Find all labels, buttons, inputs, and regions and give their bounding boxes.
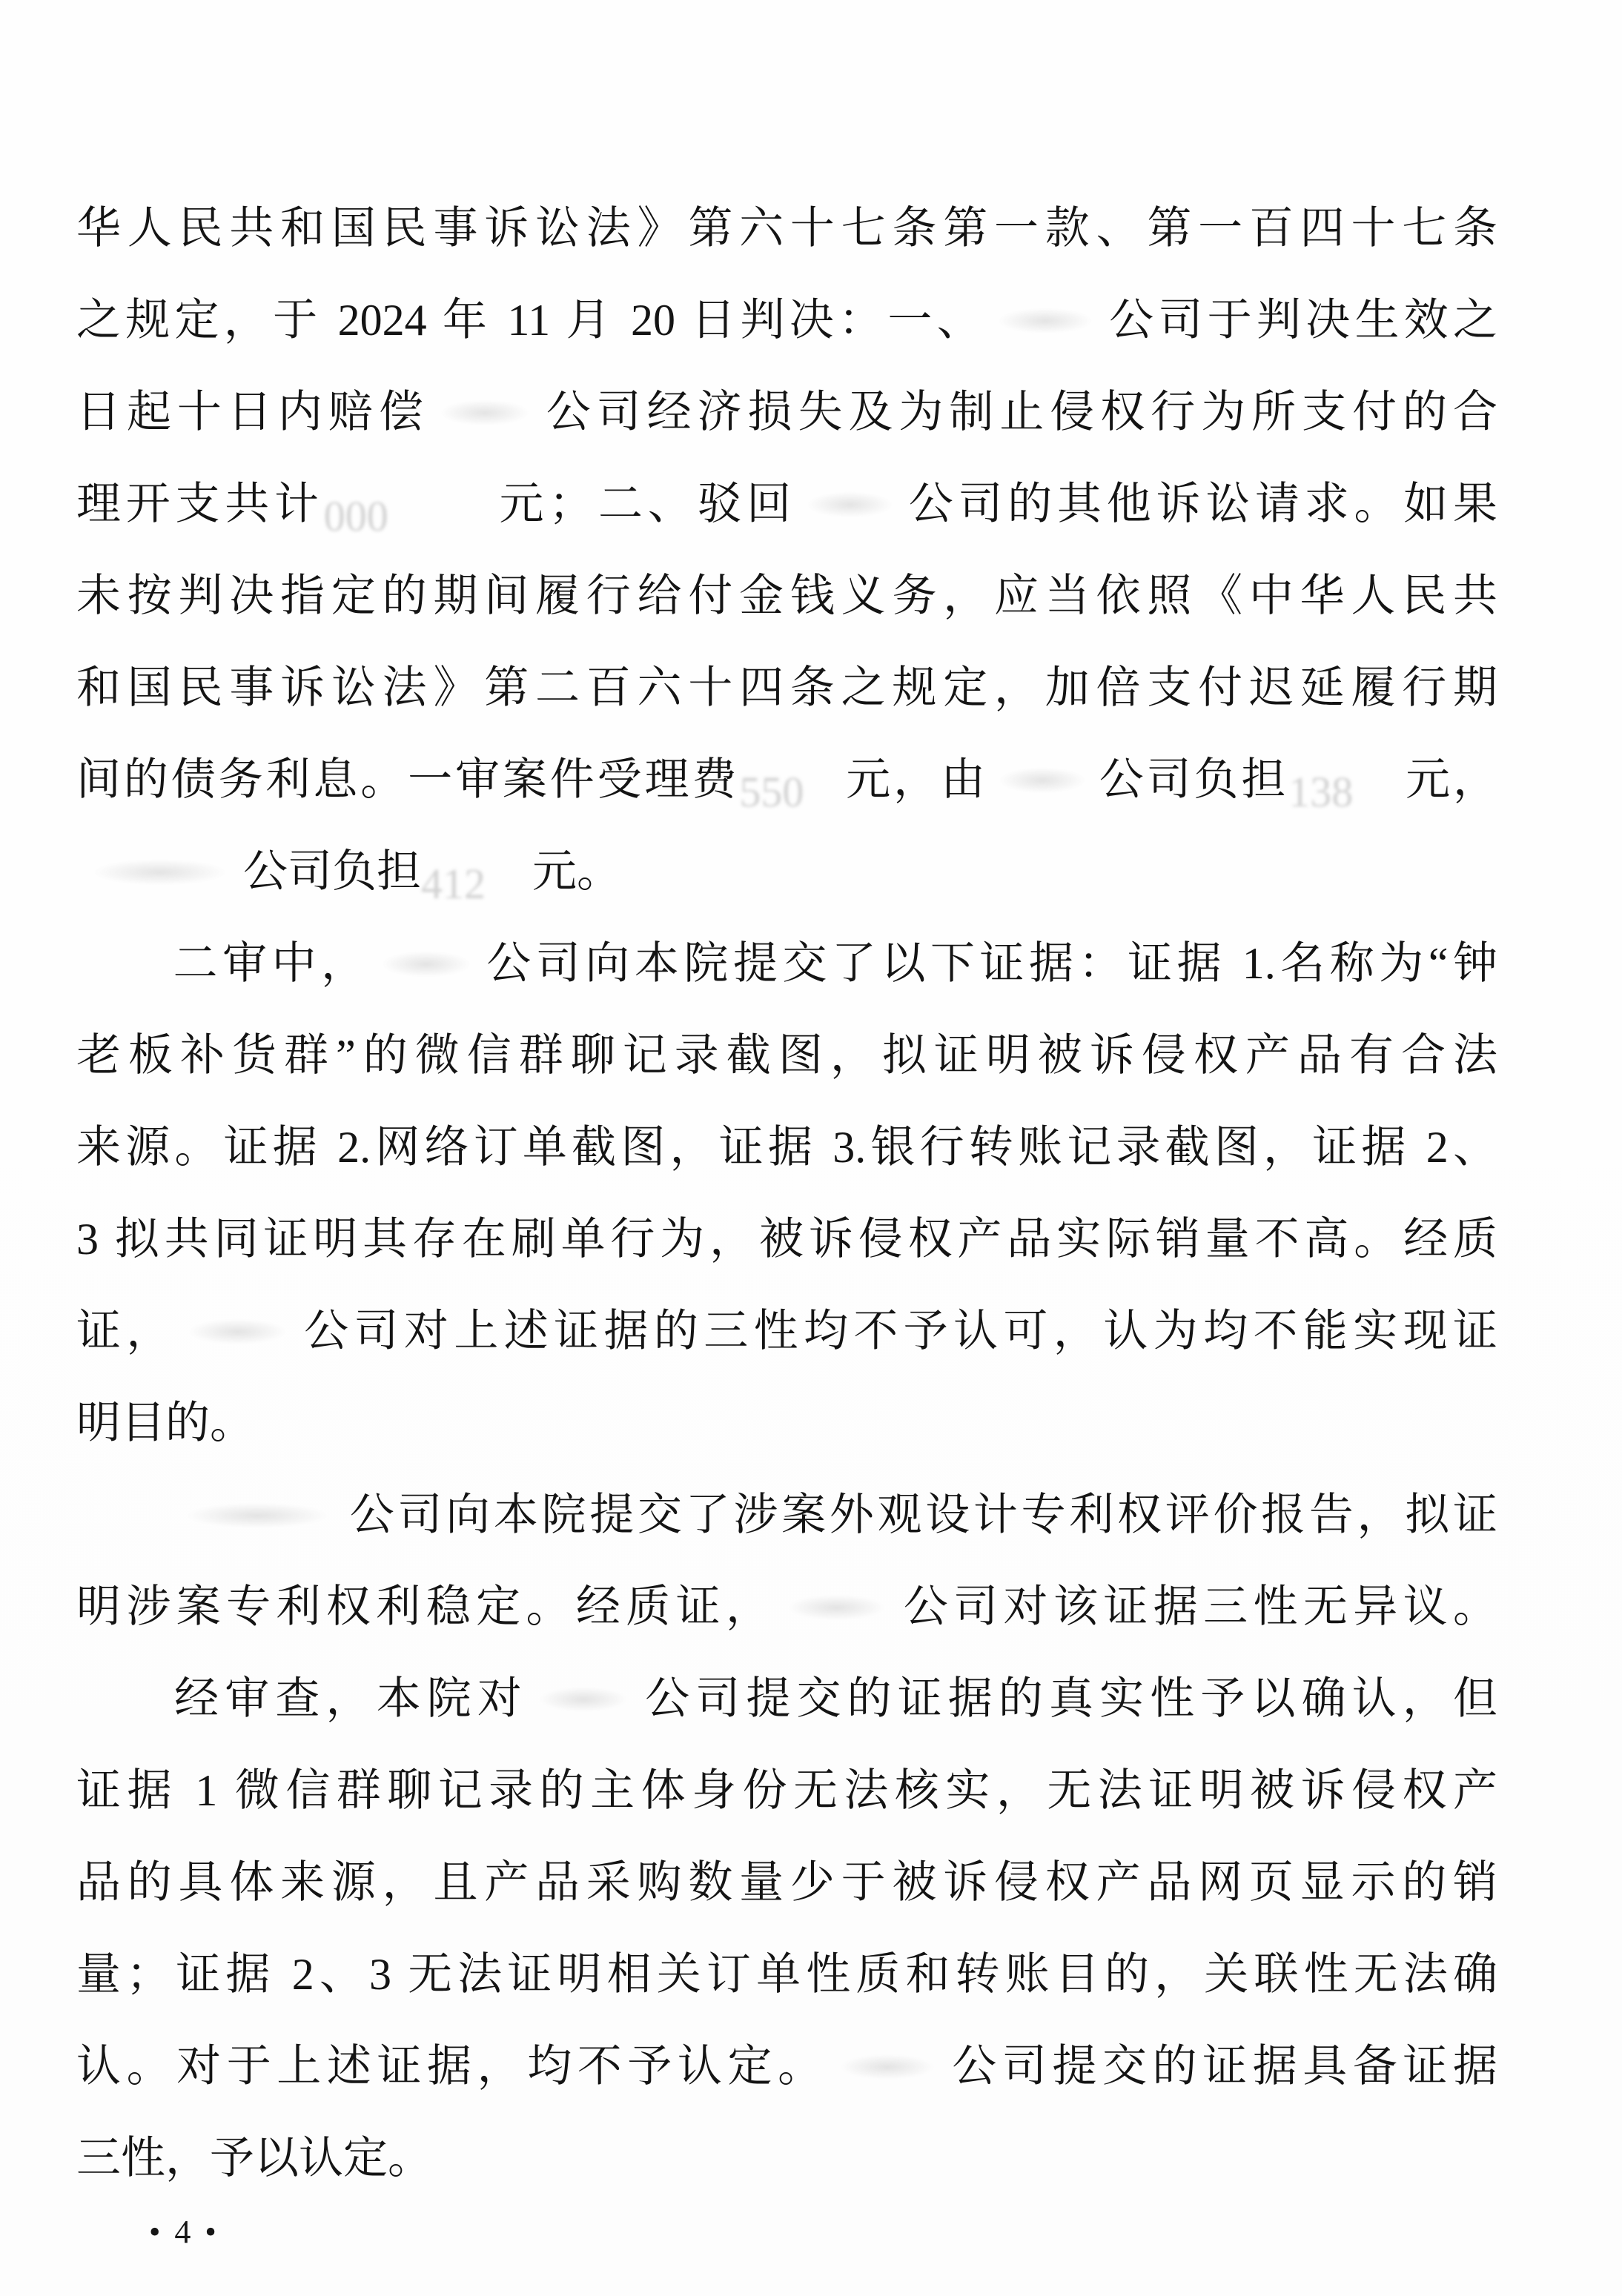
line-text: 日起十日内赔偿 <box>76 388 429 437</box>
text-line: 明目的。 <box>76 1377 1497 1469</box>
redaction-gap: 412 <box>421 858 532 910</box>
redaction-gap <box>168 1496 346 1537</box>
text-line: 公司负担412元。 <box>76 826 1497 918</box>
document-text: 华人民共和国民事诉讼法》第六十七条第一款、第一百四十七条之规定，于 2024 年… <box>76 182 1497 2204</box>
text-line: 和国民事诉讼法》第二百六十四条之规定，加倍支付迟延履行期 <box>76 642 1497 734</box>
line-text: 元， <box>1403 755 1497 804</box>
judgment-scan-page: 华人民共和国民事诉讼法》第六十七条第一款、第一百四十七条之规定，于 2024 年… <box>0 0 1622 2296</box>
text-line: 3 拟共同证明其存在刷单行为，被诉侵权产品实际销量不高。经质 <box>76 1193 1497 1285</box>
text-line: 量；证据 2、3 无法证明相关订单性质和转账目的，关联性无法确 <box>76 1928 1497 2020</box>
indent-spacer <box>76 1703 168 1713</box>
text-line: 明涉案专利权利稳定。经质证，公司对该证据三性无异议。 <box>76 1561 1497 1653</box>
redaction-gap <box>828 2047 947 2088</box>
text-line: 之规定，于 2024 年 11 月 20 日判决：一、公司于判决生效之 <box>76 274 1497 366</box>
line-text: 公司向本院提交了以下证据：证据 1.名称为“钟 <box>482 939 1497 988</box>
text-line: 二审中，公司向本院提交了以下证据：证据 1.名称为“钟 <box>76 918 1497 1009</box>
text-line: 理开支共计000元；二、驳回公司的其他诉讼请求。如果 <box>76 458 1497 550</box>
indent-spacer <box>76 1519 168 1530</box>
redaction-gap <box>988 760 1096 802</box>
text-line: 经审查，本院对公司提交的证据的真实性予以确认，但 <box>76 1653 1497 1745</box>
redaction-gap: 138 <box>1288 766 1403 818</box>
line-text: 认。对于上述证据，均不予认定。 <box>76 2042 828 2091</box>
text-line: 公司向本院提交了涉案外观设计专利权评价报告，拟证 <box>76 1469 1497 1561</box>
redaction-gap <box>429 393 540 434</box>
text-line: 老板补货群”的微信群聊记录截图，拟证明被诉侵权产品有合法 <box>76 1009 1497 1101</box>
text-line: 华人民共和国民事诉讼法》第六十七条第一款、第一百四十七条 <box>76 182 1497 274</box>
redaction-gap <box>775 1587 898 1629</box>
line-text: 公司提交的证据具备证据 <box>947 2042 1497 2091</box>
line-text: 三性，予以认定。 <box>76 2134 432 2183</box>
line-text: 公司提交的证据的真实性予以确认，但 <box>639 1674 1497 1723</box>
line-text: 公司对该证据三性无异议。 <box>898 1582 1497 1631</box>
text-line: 日起十日内赔偿公司经济损失及为制止侵权行为所支付的合 <box>76 366 1497 458</box>
redaction-gap <box>371 944 482 986</box>
line-text: 老板补货群”的微信群聊记录截图，拟证明被诉侵权产品有合法 <box>76 1031 1497 1080</box>
line-text: 之规定，于 2024 年 11 月 20 日判决：一、 <box>76 296 986 345</box>
line-text: 明目的。 <box>76 1398 254 1447</box>
redaction-gap: 000 <box>324 491 494 543</box>
text-line: 间的债务利息。一审案件受理费550元，由公司负担138元， <box>76 734 1497 826</box>
line-text: 和国民事诉讼法》第二百六十四条之规定，加倍支付迟延履行期 <box>76 663 1497 712</box>
line-text: 3 拟共同证明其存在刷单行为，被诉侵权产品实际销量不高。经质 <box>76 1215 1497 1264</box>
text-line: 来源。证据 2.网络订单截图，证据 3.银行转账记录截图，证据 2、 <box>76 1101 1497 1193</box>
line-text: 品的具体来源，且产品采购数量少于被诉侵权产品网页显示的销 <box>76 1858 1497 1907</box>
text-line: 三性，予以认定。 <box>76 2112 1497 2204</box>
text-line: 品的具体来源，且产品采购数量少于被诉侵权产品网页显示的销 <box>76 1837 1497 1928</box>
line-text: 华人民共和国民事诉讼法》第六十七条第一款、第一百四十七条 <box>76 204 1497 253</box>
line-text: 证据 1 微信群聊记录的主体身份无法核实，无法证明被诉侵权产 <box>76 1766 1497 1815</box>
line-text: 元。 <box>532 847 621 896</box>
page-number: • 4 • <box>149 2213 219 2251</box>
redaction-gap <box>528 1679 639 1721</box>
text-line: 认。对于上述证据，均不予认定。公司提交的证据具备证据 <box>76 2020 1497 2112</box>
line-text: 经审查，本院对 <box>168 1674 528 1723</box>
line-text: 公司负担 <box>1096 755 1288 804</box>
line-text: 来源。证据 2.网络订单截图，证据 3.银行转账记录截图，证据 2、 <box>76 1123 1497 1172</box>
line-text: 公司经济损失及为制止侵权行为所支付的合 <box>540 388 1497 437</box>
redaction-gap: 550 <box>739 766 843 818</box>
text-line: 证，公司对上述证据的三性均不予认可，认为均不能实现证 <box>76 1285 1497 1377</box>
line-text: 公司向本院提交了涉案外观设计专利权评价报告，拟证 <box>346 1490 1497 1539</box>
indent-spacer <box>76 968 168 978</box>
line-text: 公司的其他诉讼请求。如果 <box>904 480 1497 528</box>
line-text: 二审中， <box>168 939 371 988</box>
line-text: 公司负担 <box>243 847 421 896</box>
text-line: 证据 1 微信群聊记录的主体身份无法核实，无法证明被诉侵权产 <box>76 1745 1497 1837</box>
line-text: 间的债务利息。一审案件受理费 <box>76 755 739 804</box>
redaction-gap <box>76 852 243 894</box>
redaction-gap <box>986 301 1105 342</box>
line-text: 证， <box>76 1307 176 1356</box>
line-text: 未按判决指定的期间履行给付金钱义务，应当依照《中华人民共 <box>76 571 1497 620</box>
line-text: 量；证据 2、3 无法证明相关订单性质和转账目的，关联性无法确 <box>76 1950 1497 1999</box>
redaction-gap <box>176 1312 299 1353</box>
redaction-gap <box>796 485 904 526</box>
line-text: 公司于判决生效之 <box>1105 296 1497 345</box>
line-text: 元；二、驳回 <box>494 480 796 528</box>
text-line: 未按判决指定的期间履行给付金钱义务，应当依照《中华人民共 <box>76 550 1497 642</box>
line-text: 公司对上述证据的三性均不予认可，认为均不能实现证 <box>299 1307 1497 1356</box>
line-text: 明涉案专利权利稳定。经质证， <box>76 1582 775 1631</box>
line-text: 理开支共计 <box>76 480 324 528</box>
line-text: 元，由 <box>843 755 988 804</box>
